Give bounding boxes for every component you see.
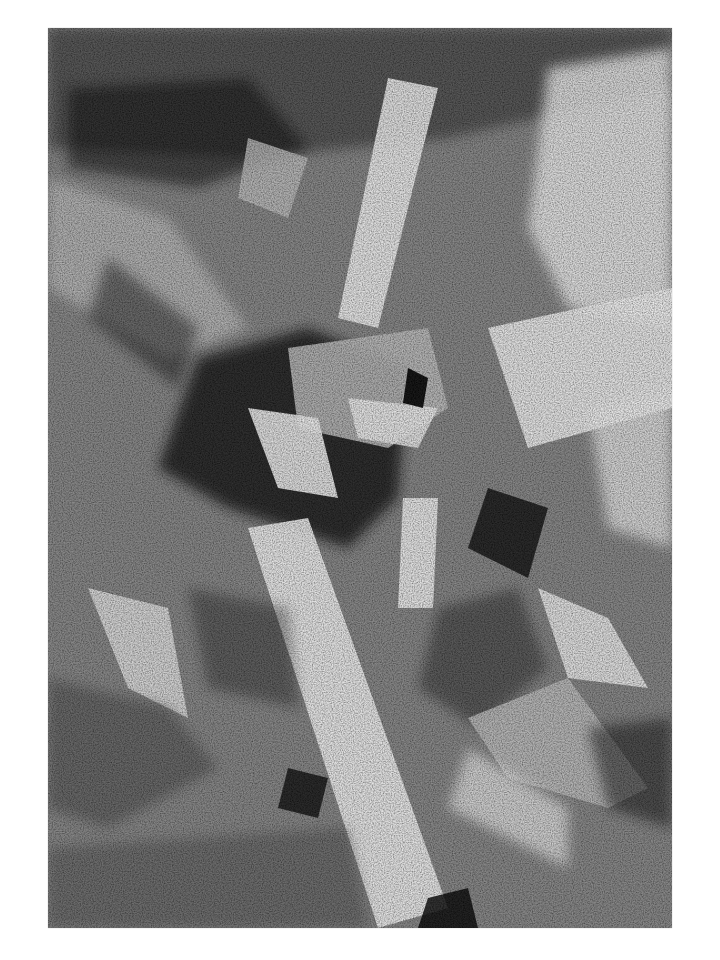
product-photo [0,0,720,960]
rug [48,28,672,928]
rug-pattern [48,28,672,928]
